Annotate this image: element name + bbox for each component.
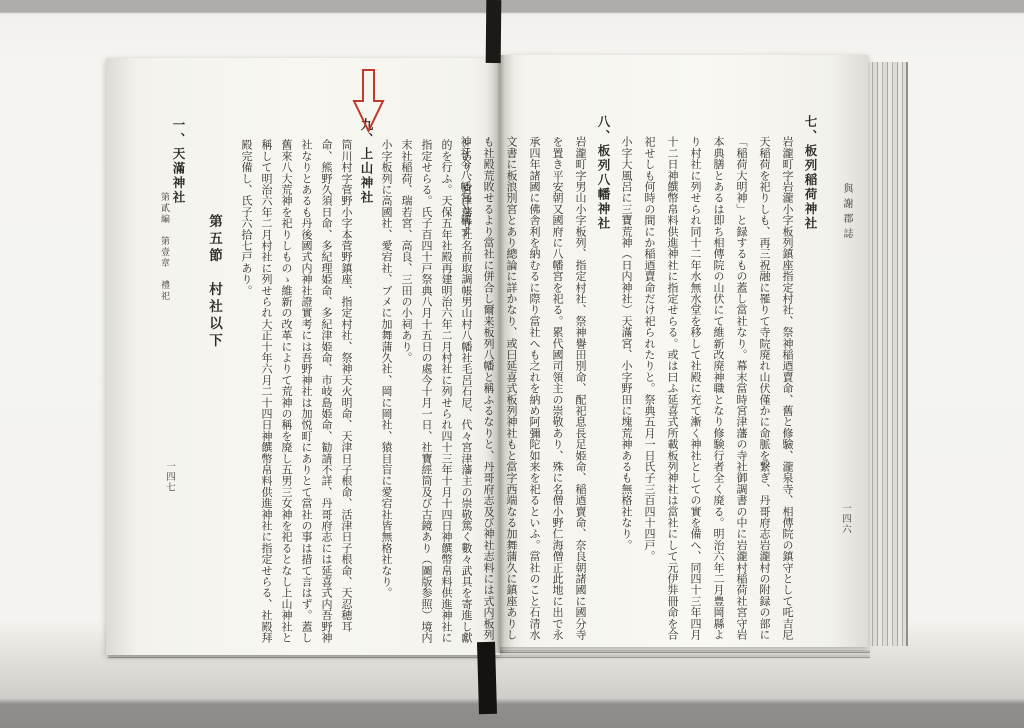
book-spine-shadow [486, 55, 514, 653]
paragraph-ueyama-jinja: 筒川村字菅野小字本菅野鎮座、指定村社、祭神天火明命、天津日子根命、活津日子根命、… [236, 118, 356, 646]
heading-tenman-jinja: 一、天滿神社 [168, 118, 188, 646]
left-page-text: とあり、宮津藩寺社名前取調帳男山村八幡社毛呂石尼、代々宮津藩主の崇敬篤く數々武具… [164, 118, 476, 646]
binding-ribbon-top [486, 0, 502, 63]
heading-section5-sonsha-ika: 第五節 村社以下 [204, 118, 224, 646]
red-down-arrow-icon [350, 68, 388, 136]
book-photo: とあり、宮津藩寺社名前取調帳男山村八幡社毛呂石尼、代々宮津藩主の崇敬篤く數々武具… [0, 0, 1024, 728]
red-down-arrow-shape [354, 70, 383, 131]
left-page: とあり、宮津藩寺社名前取調帳男山村八幡社毛呂石尼、代々宮津藩主の崇敬篤く數々武具… [106, 58, 500, 655]
right-page-text: 七、板列稲荷神社 岩瀧町字岩瀧小字板列鎮座指定村社、祭神稲迺賣命、舊と修驗、瀧泉… [490, 115, 822, 643]
binding-ribbon-bottom [477, 642, 497, 714]
paragraph-inari-note: 小字大風呂に三寶荒神（日内神社）天滿宮、小字野田に塊荒神あるも無格社なり。 [615, 115, 638, 643]
heading-itanami-inari-jinja: 七、板列稲荷神社 [799, 115, 822, 643]
page-number-left: 一四七 [162, 461, 176, 493]
page-stack-right-edge [868, 62, 908, 646]
heading-ueyama-jinja: 九、上山神社 [356, 118, 376, 646]
paragraph-mukakusha-note: 小字板列に高國社、愛宕社、ブメに加舞蒲久社、岡に岡社、猿目盲に愛宕社皆無格社なり… [376, 118, 396, 646]
right-page: 七、板列稲荷神社 岩瀧町字岩瀧小字板列鎮座指定村社、祭神稲迺賣命、舊と修驗、瀧泉… [500, 55, 868, 647]
running-title: 與謝郡誌 [839, 183, 854, 243]
paragraph-inari-jinja: 岩瀧町字岩瀧小字板列鎮座指定村社、祭神稲迺賣命、舊と修驗、瀧泉寺、相傳院の鎮守と… [638, 115, 799, 643]
page-number-right: 一四六 [838, 503, 852, 535]
heading-itanami-hachiman-jinja: 八、板列八幡神社 [592, 115, 615, 643]
paragraph-hachiman-jinja: 岩瀧町字男山小字板列、指定村社、祭神譽田別命、配祀息長足姫命、稲迺賣命、奈良朝諸… [454, 115, 592, 643]
margin-note-volume-chapter: 第貳編 第壹章 禮祀 [158, 192, 171, 302]
